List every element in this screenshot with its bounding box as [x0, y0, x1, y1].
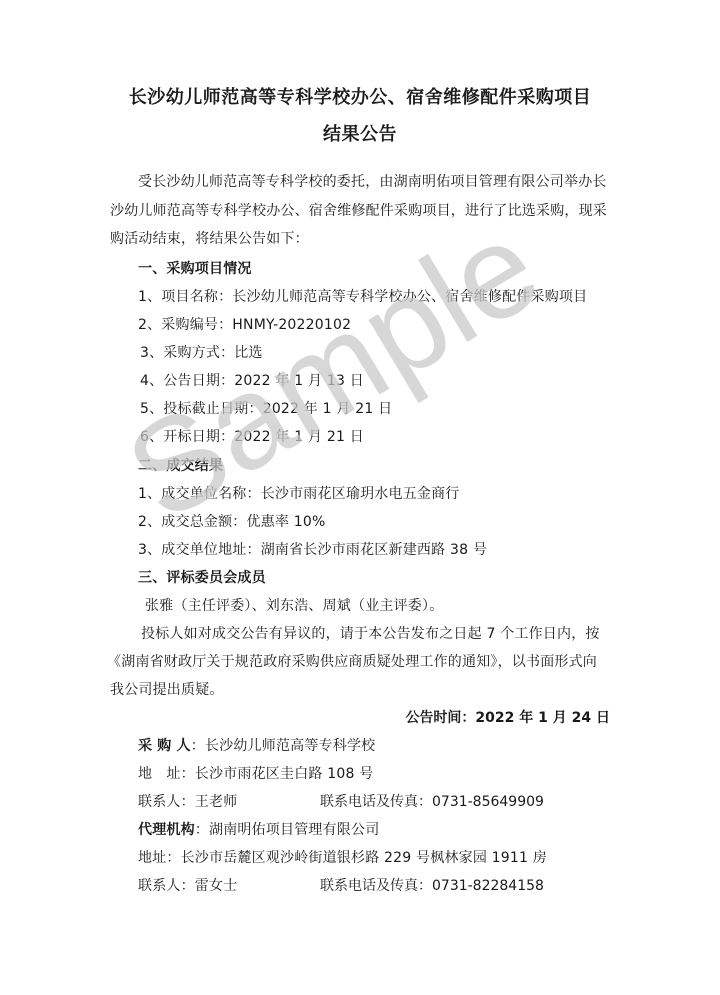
project-item-name: 1、项目名称：长沙幼儿师范高等专科学校办公、宿舍维修配件采购项目	[138, 287, 587, 307]
purchaser-address-row: 地 址：长沙市雨花区圭白路 108 号	[138, 764, 373, 784]
purchaser-phone: 联系电话及传真：0731-85649909	[320, 792, 544, 812]
result-item-address: 3、成交单位地址：湖南省长沙市雨花区新建西路 38 号	[138, 540, 487, 560]
agency-address: 地址：长沙市岳麓区观沙岭街道银杉路 229 号枫林家园 1911 房	[138, 848, 547, 868]
document-page: 长沙幼儿师范高等专科学校办公、宿舍维修配件采购项目 结果公告 受长沙幼儿师范高等…	[0, 0, 720, 995]
result-item-amount: 2、成交总金额：优惠率 10%	[138, 512, 325, 532]
intro-line-1: 受长沙幼儿师范高等专科学校的委托，由湖南明佑项目管理有限公司举办长	[138, 172, 607, 192]
document-subtitle: 结果公告	[0, 123, 720, 147]
project-item-announce-date: 4、公告日期：2022 年 1 月 13 日	[140, 371, 364, 391]
section-heading-result: 二、成交结果	[138, 456, 223, 476]
document-title: 长沙幼儿师范高等专科学校办公、宿舍维修配件采购项目	[0, 86, 720, 110]
announcement-time: 公告时间：2022 年 1 月 24 日	[405, 708, 610, 728]
agency-contact: 联系人：雷女士	[138, 876, 237, 896]
intro-line-3: 购活动结束，将结果公告如下：	[110, 229, 309, 249]
agency-name: ：湖南明佑项目管理有限公司	[195, 822, 380, 838]
purchaser-name: ：长沙幼儿师范高等专科学校	[191, 738, 376, 754]
objection-line-3: 我公司提出质疑。	[110, 680, 224, 700]
result-item-winner: 1、成交单位名称：长沙市雨花区瑜玥水电五金商行	[138, 484, 460, 504]
purchaser-label: 采 购 人	[138, 736, 191, 756]
objection-line-2: 《湖南省财政厅关于规范政府采购供应商质疑处理工作的通知》，以书面形式向	[107, 652, 597, 672]
agency-phone: 联系电话及传真：0731-82284158	[320, 876, 544, 896]
objection-line-1: 投标人如对成交公告有异议的，请于本公告发布之日起 7 个工作日内，按	[141, 624, 600, 644]
project-item-number: 2、采购编号：HNMY-20220102	[138, 315, 351, 335]
section-heading-committee: 三、评标委员会成员	[138, 568, 266, 588]
purchaser-address: ：长沙市雨花区圭白路 108 号	[181, 766, 374, 782]
committee-members: 张雅（主任评委）、刘东浩、周斌（业主评委）。	[145, 596, 443, 616]
purchaser-contact: 联系人：王老师	[138, 792, 237, 812]
project-item-deadline: 5、投标截止日期：2022 年 1 月 21 日	[140, 399, 392, 419]
purchaser-row: 采 购 人：长沙幼儿师范高等专科学校	[138, 736, 375, 756]
project-item-method: 3、采购方式：比选	[140, 343, 263, 363]
agency-label: 代理机构	[138, 822, 195, 838]
section-heading-project-info: 一、采购项目情况	[138, 259, 252, 279]
purchaser-address-label: 地 址	[138, 766, 181, 782]
intro-line-2: 沙幼儿师范高等专科学校办公、宿舍维修配件采购项目，进行了比选采购，现采	[110, 201, 607, 221]
project-item-opening-date: 6、开标日期：2022 年 1 月 21 日	[140, 427, 364, 447]
agency-row: 代理机构：湖南明佑项目管理有限公司	[138, 820, 379, 840]
